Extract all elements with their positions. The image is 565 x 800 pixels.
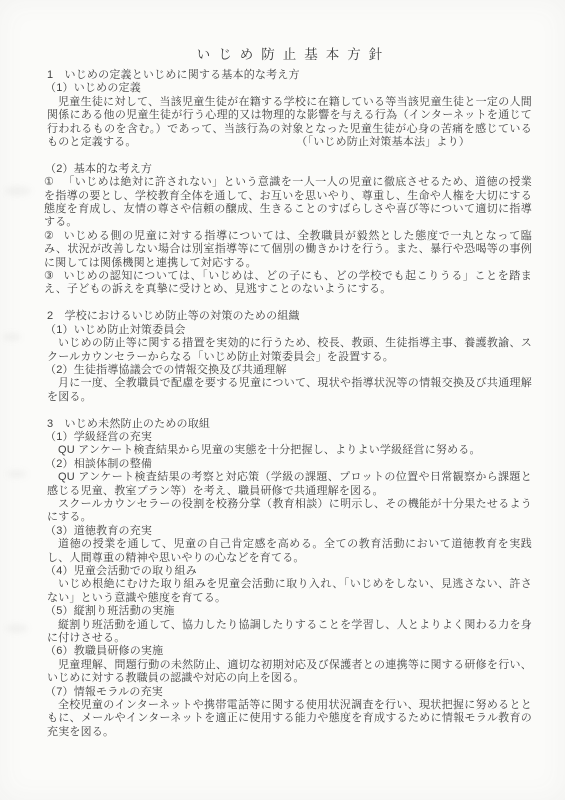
paragraph-vertical-groups: 縦割り班活動を通して、協力したり協調したりすることを学習し、人とよりよく関わる力…: [47, 619, 532, 646]
block-3-7-information-morals: （7）情報モラルの充実 全校児童のインターネットや携帯電話等に関する使用状況調査…: [47, 686, 532, 740]
subheading-3-2: （2）相談体制の整備: [45, 458, 532, 471]
paragraph-council: 月に一度、全教職員で配慮を要する児童について、現状や指導状況等の情報交換及び共通…: [47, 377, 532, 404]
block-3-6-staff-training: （6）教職員研修の実施 児童理解、問題行動の未然防止、適切な初期対応及び保護者と…: [47, 645, 532, 685]
scan-artifact: [7, 470, 27, 478]
block-1-2-basic-approach: （2）基本的な考え方 ①「いじめは絶対に許されない」という意識を一人一人の児童に…: [47, 163, 532, 297]
subheading-3-1: （1）学級経営の充実: [45, 431, 532, 444]
section-1-heading: 1 いじめの定義といじめに関する基本的な考え方: [47, 69, 532, 82]
section-3-prevention: 3 いじめ未然防止のための取組 （1）学級経営の充実 QU アンケート検査結果か…: [47, 418, 532, 740]
block-2-1-committee: （1）いじめ防止対策委員会 いじめの防止等に関する措置を実効的に行うため、校長、…: [47, 324, 532, 364]
scan-artifact: [6, 624, 28, 633]
circled-number-3-marker: ③: [44, 270, 54, 282]
section-3-heading: 3 いじめ未然防止のための取組: [47, 418, 532, 431]
list-item-2: ②いじめる側の児童に対する指導については、全教職員が毅然とした態度で一丸となって…: [44, 230, 532, 270]
list-item-3-text: いじめの認知については、「いじめは、どの子にも、どの学校でも起こりうる」ことを踏…: [44, 270, 532, 295]
subheading-3-7: （7）情報モラルの充実: [45, 686, 532, 699]
subheading-2-2: （2）生徒指導協議会での情報交換及び共通理解: [45, 364, 532, 377]
section-1-definitions: 1 いじめの定義といじめに関する基本的な考え方 （1）いじめの定義 児童生徒に対…: [47, 69, 532, 297]
scan-artifact: [3, 333, 21, 341]
paragraph-committee: いじめの防止等に関する措置を実効的に行うため、校長、教頭、生徒指導主事、養護教諭…: [47, 337, 532, 364]
paragraph-consultation-2: スクールカウンセラーの役割を校務分掌（教育相談）に明示し、その機能が十分果たせる…: [47, 498, 532, 525]
paragraph-information-morals: 全校児童のインターネットや携帯電話等に関する使用状況調査を行い、現状把握に努める…: [47, 699, 532, 739]
list-item-2-text: いじめる側の児童に対する指導については、全教職員が毅然とした態度で一丸となって臨…: [44, 230, 532, 269]
block-2-2-council: （2）生徒指導協議会での情報交換及び共通理解 月に一度、全教職員で配慮を要する児…: [47, 364, 532, 404]
block-3-3-moral-education: （3）道徳教育の充実 道徳の授業を通して、児童の自己肯定感を高める。全ての教育活…: [47, 525, 532, 565]
list-item-1-text: 「いじめは絶対に許されない」という意識を一人一人の児童に徹底させるため、道徳の授…: [44, 176, 532, 228]
subheading-3-5: （5）縦割り班活動の実施: [45, 605, 532, 618]
paragraph-student-council: いじめ根絶にむけた取り組みを児童会活動に取り入れ、「いじめをしない、見逃さない、…: [47, 578, 532, 605]
circled-number-2-marker: ②: [44, 230, 55, 242]
subheading-3-3: （3）道徳教育の充実: [45, 525, 532, 538]
block-3-5-vertical-groups: （5）縦割り班活動の実施 縦割り班活動を通して、協力したり協調したりすることを学…: [47, 605, 532, 645]
section-2-organization: 2 学校におけるいじめ防止等の対策のための組織 （1）いじめ防止対策委員会 いじ…: [47, 310, 532, 404]
block-3-4-student-council: （4）児童会活動での取り組み いじめ根絶にむけた取り組みを児童会活動に取り入れ、…: [47, 565, 532, 605]
block-1-1-definition: （1）いじめの定義 児童生徒に対して、当該児童生徒が在籍する学校に在籍している等…: [47, 82, 532, 149]
block-3-2-consultation: （2）相談体制の整備 QU アンケート検査結果の考察と対応策（学級の課題、プロッ…: [47, 458, 532, 525]
scan-artifact: [5, 186, 31, 196]
subheading-3-6: （6）教職員研修の実施: [45, 645, 532, 658]
list-item-1: ①「いじめは絶対に許されない」という意識を一人一人の児童に徹底させるため、道徳の…: [44, 176, 532, 230]
scanned-document-page: いじめ防止基本方針 1 いじめの定義といじめに関する基本的な考え方 （1）いじめ…: [0, 0, 565, 800]
subheading-1-1: （1）いじめの定義: [45, 82, 532, 95]
subheading-2-1: （1）いじめ防止対策委員会: [45, 324, 532, 337]
block-3-1-class-management: （1）学級経営の充実 QU アンケート検査結果から児童の実態を十分把握し、よりよ…: [47, 431, 532, 458]
source-note: （「いじめ防止対策基本法」より）: [296, 136, 470, 149]
paragraph-consultation-1: QU アンケート検査結果の考察と対応策（学級の課題、プロットの位置や日常観察から…: [47, 471, 532, 498]
subheading-1-2: （2）基本的な考え方: [45, 163, 532, 176]
list-item-3: ③いじめの認知については、「いじめは、どの子にも、どの学校でも起こりうる」ことを…: [44, 270, 532, 297]
document-title: いじめ防止基本方針: [47, 46, 532, 64]
section-2-heading: 2 学校におけるいじめ防止等の対策のための組織: [47, 310, 532, 323]
paragraph-class-management: QU アンケート検査結果から児童の実態を十分把握し、よりよい学級経営に努める。: [47, 444, 532, 457]
subheading-3-4: （4）児童会活動での取り組み: [45, 565, 532, 578]
paragraph-moral-education: 道徳の授業を通して、児童の自己肯定感を高める。全ての教育活動において道徳教育を実…: [47, 538, 532, 565]
circled-number-1-marker: ①: [44, 176, 54, 188]
paragraph-staff-training: 児童理解、問題行動の未然防止、適切な初期対応及び保護者との連携等に関する研修を行…: [47, 659, 532, 686]
